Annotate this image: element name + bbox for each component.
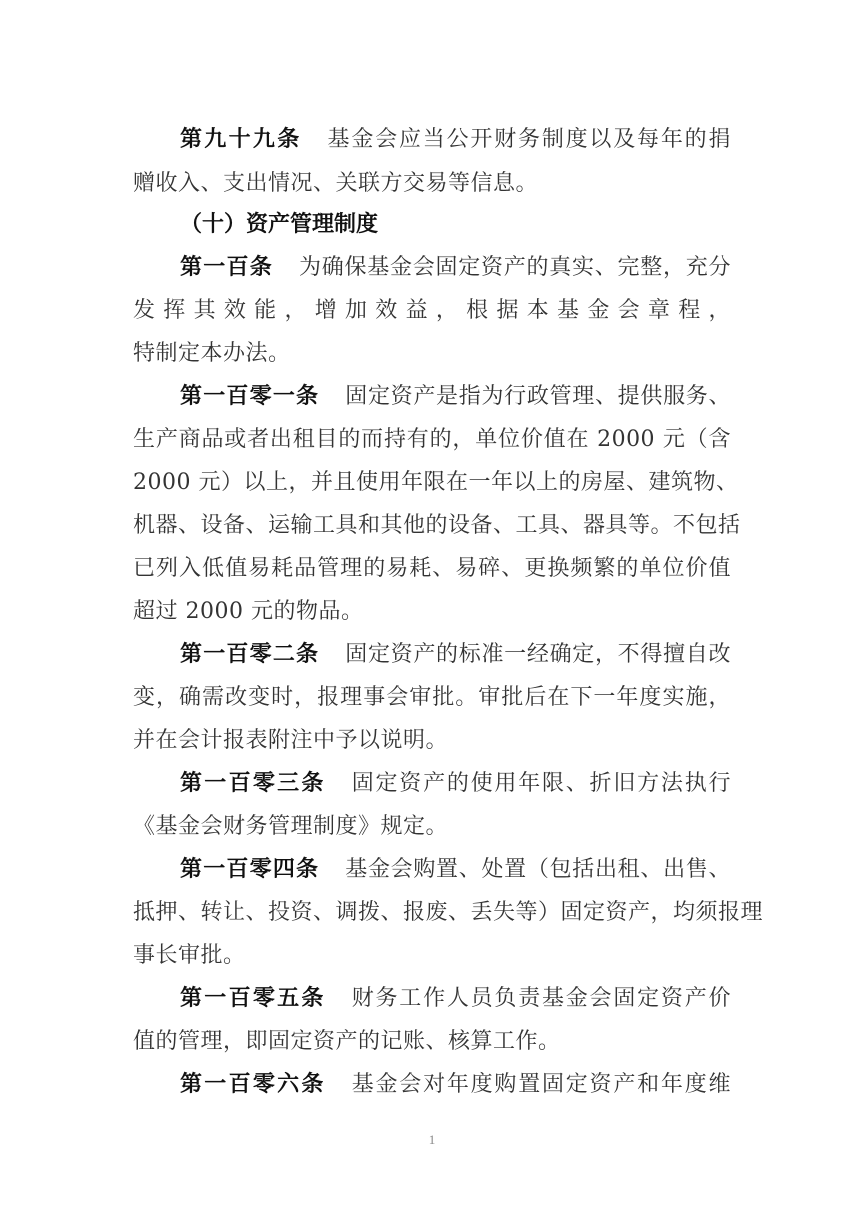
article-101-line-4: 机器、设备、运输工具和其他的设备、工具、器具等。不包括	[133, 512, 731, 540]
article-104-line-2: 抵押、转让、投资、调拨、报废、丢失等）固定资产，均须报理	[133, 899, 731, 927]
article-103-line-2: 《基金会财务管理制度》规定。	[133, 813, 731, 841]
article-title: 第一百零五条	[180, 986, 326, 1011]
article-101-line-1: 第一百零一条固定资产是指为行政管理、提供服务、	[180, 383, 731, 411]
article-103-line-1: 第一百零三条固定资产的使用年限、折旧方法执行	[180, 770, 731, 798]
article-100-line-3: 特制定本办法。	[133, 340, 731, 368]
article-text: 为确保基金会固定资产的真实、完整，充分	[299, 255, 731, 280]
article-105-line-2: 值的管理，即固定资产的记账、核算工作。	[133, 1028, 731, 1056]
article-text: 固定资产的标准一经确定，不得擅自改	[345, 642, 731, 667]
article-101-line-5: 已列入低值易耗品管理的易耗、易碎、更换频繁的单位价值	[133, 555, 731, 583]
article-99-line-1: 第九十九条基金会应当公开财务制度以及每年的捐	[180, 126, 731, 154]
article-text: 基金会对年度购置固定资产和年度维	[352, 1072, 731, 1097]
article-text: 固定资产的使用年限、折旧方法执行	[352, 771, 731, 796]
article-100-line-2: 发挥其效能，增加效益，根据本基金会章程，	[133, 297, 731, 325]
article-title: 第九十九条	[180, 127, 302, 152]
document-page: 第九十九条基金会应当公开财务制度以及每年的捐 赠收入、支出情况、关联方交易等信息…	[0, 0, 864, 1222]
article-106-line-1: 第一百零六条基金会对年度购置固定资产和年度维	[180, 1071, 731, 1099]
article-102-line-3: 并在会计报表附注中予以说明。	[133, 727, 731, 755]
article-title: 第一百零四条	[180, 857, 319, 882]
article-title: 第一百零一条	[180, 384, 319, 409]
article-99-line-2: 赠收入、支出情况、关联方交易等信息。	[133, 170, 731, 198]
article-102-line-2: 变，确需改变时，报理事会审批。审批后在下一年度实施，	[133, 684, 731, 712]
article-101-line-3: 2000 元）以上，并且使用年限在一年以上的房屋、建筑物、	[133, 469, 731, 497]
article-102-line-1: 第一百零二条固定资产的标准一经确定，不得擅自改	[180, 641, 731, 669]
article-text: 基金会购置、处置（包括出租、出售、	[345, 857, 731, 882]
article-title: 第一百零三条	[180, 771, 326, 796]
article-105-line-1: 第一百零五条财务工作人员负责基金会固定资产价	[180, 985, 731, 1013]
article-101-line-2: 生产商品或者出租目的而持有的，单位价值在 2000 元（含	[133, 426, 731, 454]
article-title: 第一百零六条	[180, 1072, 326, 1097]
article-101-line-6: 超过 2000 元的物品。	[133, 598, 731, 626]
section-heading: （十）资产管理制度	[180, 211, 378, 239]
article-text: 固定资产是指为行政管理、提供服务、	[345, 384, 731, 409]
article-text: 财务工作人员负责基金会固定资产价	[352, 986, 731, 1011]
article-text: 基金会应当公开财务制度以及每年的捐	[328, 127, 731, 152]
article-104-line-3: 事长审批。	[133, 942, 731, 970]
page-number: 1	[0, 1132, 864, 1148]
article-title: 第一百零二条	[180, 642, 319, 667]
article-title: 第一百条	[180, 255, 273, 280]
article-104-line-1: 第一百零四条基金会购置、处置（包括出租、出售、	[180, 856, 731, 884]
article-100-line-1: 第一百条为确保基金会固定资产的真实、完整，充分	[180, 254, 731, 282]
